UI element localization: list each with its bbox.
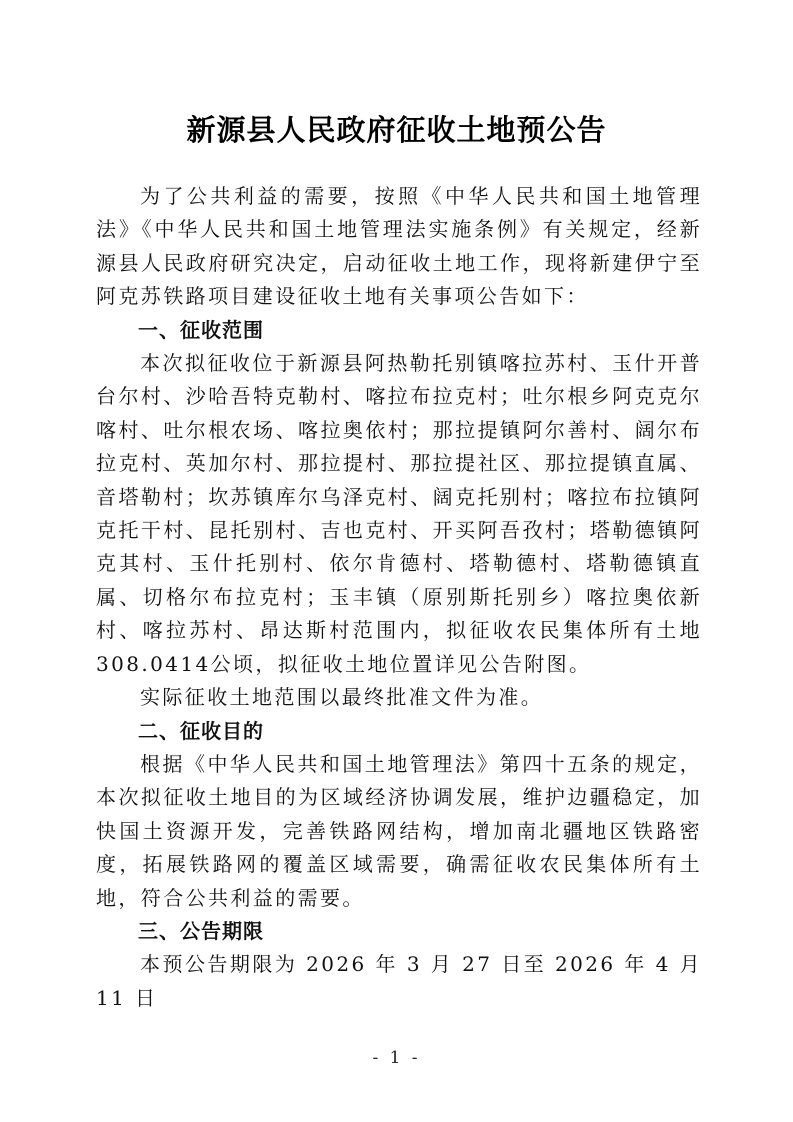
- period-paragraph: 本预公告期限为 2026 年 3 月 27 日至 2026 年 4 月 11 日: [96, 948, 702, 1015]
- section-heading-scope: 一、征收范围: [96, 314, 702, 347]
- section-period: 三、公告期限 本预公告期限为 2026 年 3 月 27 日至 2026 年 4…: [96, 915, 702, 1015]
- purpose-paragraph: 根据《中华人民共和国土地管理法》第四十五条的规定，本次拟征收土地目的为区域经济协…: [96, 748, 702, 915]
- document-body: 为了公共利益的需要，按照《中华人民共和国土地管理法》《中华人民共和国土地管理法实…: [96, 180, 702, 1015]
- section-purpose: 二、征收目的 根据《中华人民共和国土地管理法》第四十五条的规定，本次拟征收土地目…: [96, 715, 702, 915]
- page-number: - 1 -: [0, 1048, 793, 1068]
- section-heading-period: 三、公告期限: [96, 915, 702, 948]
- scope-paragraph: 本次拟征收位于新源县阿热勒托别镇喀拉苏村、玉什开普台尔村、沙哈吾特克勒村、喀拉布…: [96, 347, 702, 681]
- document-title: 新源县人民政府征收土地预公告: [0, 108, 793, 149]
- document-page: 新源县人民政府征收土地预公告 为了公共利益的需要，按照《中华人民共和国土地管理法…: [0, 0, 793, 1122]
- section-heading-purpose: 二、征收目的: [96, 715, 702, 748]
- section-scope: 一、征收范围 本次拟征收位于新源县阿热勒托别镇喀拉苏村、玉什开普台尔村、沙哈吾特…: [96, 314, 702, 715]
- intro-paragraph: 为了公共利益的需要，按照《中华人民共和国土地管理法》《中华人民共和国土地管理法实…: [96, 180, 702, 314]
- scope-note-paragraph: 实际征收土地范围以最终批准文件为准。: [96, 681, 702, 714]
